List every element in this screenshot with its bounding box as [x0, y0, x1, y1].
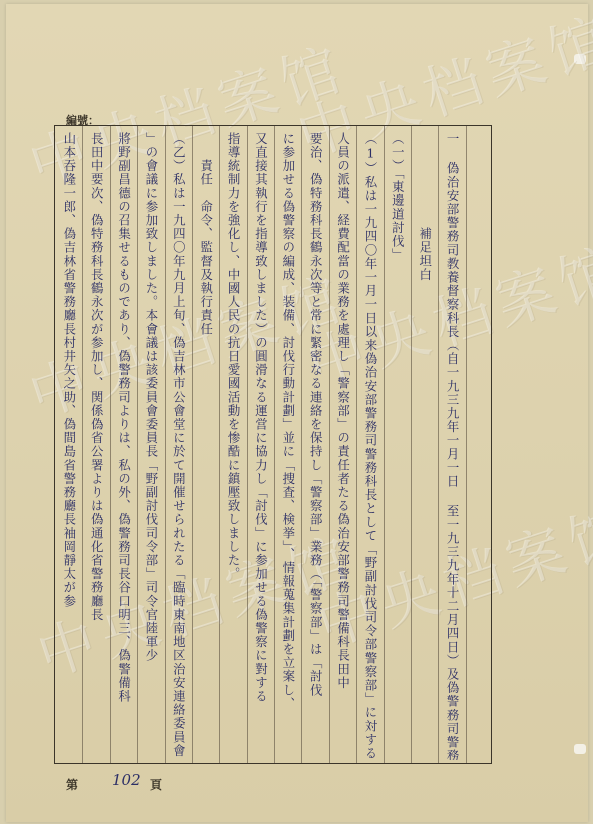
- punch-hole: [574, 744, 586, 754]
- page-suffix: 頁: [150, 776, 162, 793]
- text-column: 長田中要次、偽特務科長鶴永次が参加し、関係偽省公署よりは偽通化省警務廳長: [83, 132, 109, 760]
- text-column: 將野副昌德の召集せるものであり、偽警務司よりは、私の外、偽警務司長谷口明三、偽警…: [110, 132, 136, 760]
- page-prefix: 第: [66, 776, 78, 793]
- text-column: 責任 命令、監督及執行責任: [192, 132, 218, 760]
- text-column: 補足坦白: [411, 132, 437, 760]
- text-column: 人員の派遣、経費配當の業務を處理し「警察部」の責任者たる偽治安部警務司警備科長田…: [329, 132, 355, 760]
- text-column: （1）私は一九四〇年一月一日以来偽治安部警務司警務科長として「野副討伐司令部警察…: [357, 132, 383, 760]
- text-column: に参加せる偽警察の編成、装備、討伐行動計劃」並に「捜査、検挙」、情報蒐集計劃を立…: [275, 132, 301, 760]
- text-column: 又直接其執行を指導致しました）の圓滑なる運営に協力し「討伐」に参加せる偽警察に對…: [247, 132, 273, 760]
- ruled-grid: 一 偽治安部警務司教養督察科長（自一九三九年一月一日 至一九三九年十二月四日）及…: [54, 125, 492, 764]
- text-column: [466, 132, 492, 760]
- punch-hole: [574, 54, 586, 64]
- text-column: （乙）私は一九四〇年九月上旬、偽吉林市公會堂に於て開催せられたる「臨時東南地区治…: [165, 132, 191, 760]
- text-column: 指導統制力を強化し、中國人民の抗日愛國活動を惨酷に鎮壓致しました。: [220, 132, 246, 760]
- text-column: 山本吞隆一郎、偽吉林省警務廳長村井矢之助、偽間島省警務廳長袖岡靜太が参: [56, 132, 82, 760]
- text-column: 一 偽治安部警務司教養督察科長（自一九三九年一月一日 至一九三九年十二月四日）及…: [439, 132, 465, 760]
- text-column: 要治、偽特務科長鶴永次等と常に緊密なる連絡を保持し「警察部」業務（「警察部」は「…: [302, 132, 328, 760]
- page-number: 102: [112, 771, 141, 789]
- text-column: （一）「東邊道討伐」: [384, 132, 410, 760]
- text-column: 」の會議に参加致しました。本會議は該委員會委員長「野副討伐司令部」司令官陸軍少: [138, 132, 164, 760]
